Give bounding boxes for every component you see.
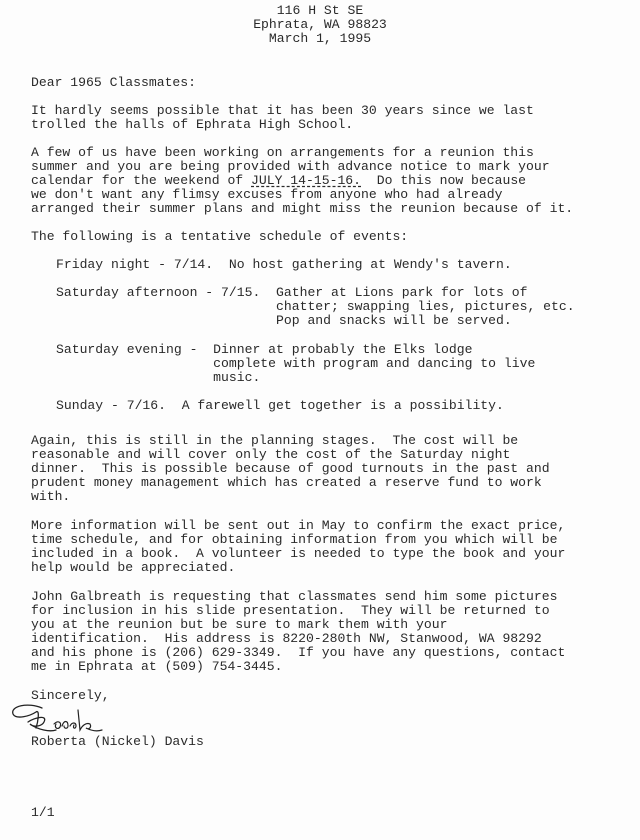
text-line: for inclusion in his slide presentation.… [31,604,550,618]
text-line: More information will be sent out in May… [31,519,565,533]
text-line: dinner. This is possible because of good… [31,462,550,476]
signer-name: Roberta (Nickel) Davis [31,735,204,749]
text-line: chatter; swapping lies, pictures, etc. [56,300,575,314]
text-line: music. [56,371,260,385]
text-line: you at the reunion but be sure to mark t… [31,618,447,632]
text-line: It hardly seems possible that it has bee… [31,104,534,118]
page-number: 1/1 [31,806,55,820]
reunion-dates: JULY 14-15-16. [251,173,361,188]
text-line: Saturday evening - Dinner at probably th… [56,343,472,357]
text-line: arranged their summer plans and might mi… [31,202,573,216]
address-city: Ephrata, WA 98823 [0,18,640,32]
text-line: with. [31,490,70,504]
text-segment: calendar for the weekend of [31,173,251,188]
schedule-intro: The following is a tentative schedule of… [31,230,408,244]
text-line: John Galbreath is requesting that classm… [31,590,557,604]
text-line: Again, this is still in the planning sta… [31,434,518,448]
text-line: time schedule, and for obtaining informa… [31,533,557,547]
salutation: Dear 1965 Classmates: [31,76,196,90]
text-line: complete with program and dancing to liv… [56,357,535,371]
text-line: identification. His address is 8220-280t… [31,632,542,646]
schedule-item-sunday: Sunday - 7/16. A farewell get together i… [56,399,504,413]
text-line: trolled the halls of Ephrata High School… [31,118,353,132]
text-line: Saturday afternoon - 7/15. Gather at Lio… [56,286,527,300]
text-line: calendar for the weekend of JULY 14-15-1… [31,174,526,188]
text-line: reasonable and will cover only the cost … [31,448,510,462]
text-line: A few of us have been working on arrange… [31,146,534,160]
text-line: we don't want any flimsy excuses from an… [31,188,502,202]
schedule-item-friday: Friday night - 7/14. No host gathering a… [56,258,512,272]
text-line: Pop and snacks will be served. [56,314,512,328]
text-line: included in a book. A volunteer is neede… [31,547,565,561]
text-line: summer and you are being provided with a… [31,160,550,174]
text-line: and his phone is (206) 629-3349. If you … [31,646,565,660]
text-line: me in Ephrata at (509) 754-3445. [31,660,282,674]
text-line: prudent money management which has creat… [31,476,542,490]
letter-date: March 1, 1995 [0,32,640,46]
address-street: 116 H St SE [0,4,640,18]
text-line: help would be appreciated. [31,561,235,575]
text-segment: Do this now because [361,173,526,188]
